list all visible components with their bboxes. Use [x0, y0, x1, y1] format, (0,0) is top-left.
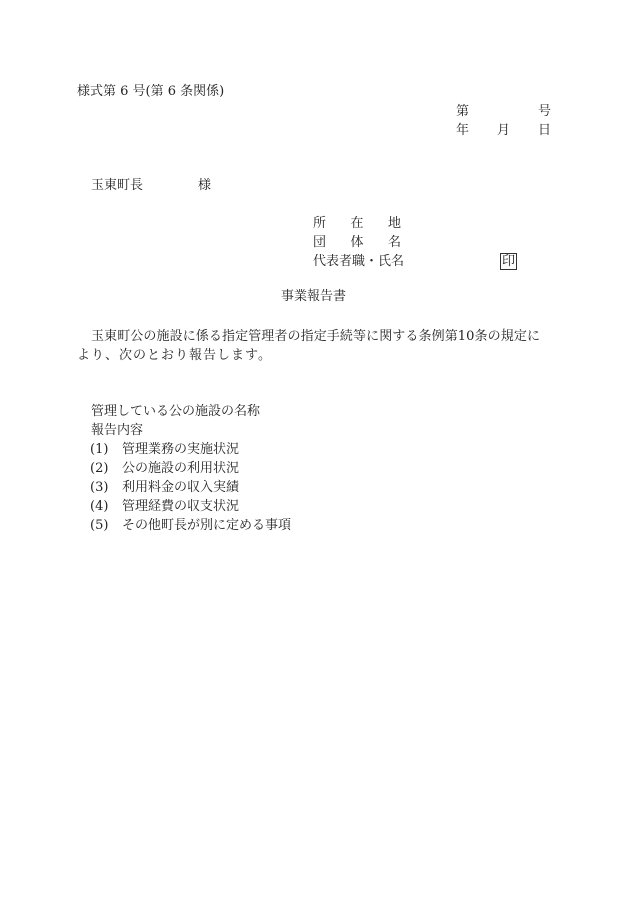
item-number: (5) — [90, 518, 122, 534]
item-number: (3) — [90, 480, 122, 496]
date-day: 日 — [538, 123, 551, 139]
seal-mark: 印 — [500, 253, 517, 270]
number-prefix: 第 — [456, 104, 469, 120]
report-item: (3)利用料金の収入実績 — [90, 480, 239, 496]
seal-text: 印 — [500, 253, 517, 270]
facility-name-label: 管理している公の施設の名称 — [91, 404, 260, 420]
document-title: 事業報告書 — [281, 289, 346, 305]
date-year: 年 — [456, 123, 469, 139]
report-item: (1)管理業務の実施状況 — [90, 442, 239, 458]
group-name-label: 団 体 名 — [313, 235, 401, 251]
item-text: その他町長が別に定める事項 — [122, 518, 291, 533]
date-month: 月 — [497, 123, 510, 139]
report-contents-label: 報告内容 — [91, 423, 143, 439]
body-line-2: より、次のとおり報告します。 — [77, 348, 272, 364]
addressee-honorific: 様 — [198, 178, 211, 194]
item-number: (1) — [90, 442, 122, 458]
item-number: (2) — [90, 461, 122, 477]
body-line-1: 玉東町公の施設に係る指定管理者の指定手続等に関する条例第10条の規定に — [91, 329, 540, 345]
item-text: 利用料金の収入実績 — [122, 480, 239, 495]
addressee-name: 玉東町長 — [91, 178, 143, 194]
representative-label: 代表者職・氏名 — [313, 254, 404, 270]
report-item: (2)公の施設の利用状況 — [90, 461, 239, 477]
report-item: (5)その他町長が別に定める事項 — [90, 518, 291, 534]
number-suffix: 号 — [538, 104, 551, 120]
report-item: (4)管理経費の収支状況 — [90, 499, 239, 515]
item-number: (4) — [90, 499, 122, 515]
item-text: 公の施設の利用状況 — [122, 461, 239, 476]
form-label: 様式第 6 号(第 6 条関係) — [77, 84, 224, 100]
address-label: 所 在 地 — [313, 216, 401, 232]
item-text: 管理業務の実施状況 — [122, 442, 239, 457]
item-text: 管理経費の収支状況 — [122, 499, 239, 514]
